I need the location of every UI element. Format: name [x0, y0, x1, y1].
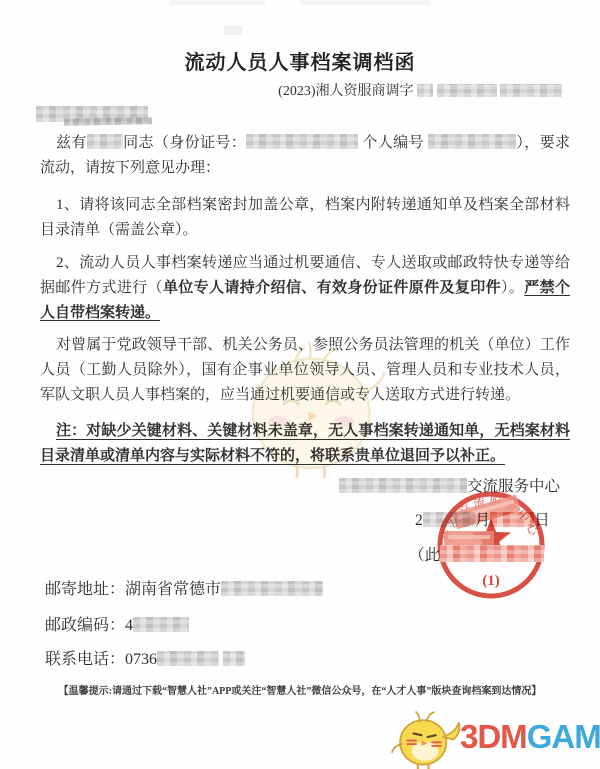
cadre-paragraph: 对曾属于党政领导干部、机关公务员、参照公务员法管理的机关（单位）工作人员（工勤人… — [40, 333, 570, 408]
intro-comrade: 同志（身份证号： — [123, 135, 246, 151]
document-page: 流动人员人事档案调档函 (2023)湘人资服商调字 兹有同志（身份证号： 个人编… — [0, 0, 600, 769]
logo-3dm-text: 3DM — [460, 718, 527, 755]
zip-code-value: 4 — [125, 617, 133, 634]
redaction-address — [221, 581, 323, 596]
redaction-doc-number — [417, 84, 433, 97]
3dmgame-logo-text: 3DMGAME — [460, 718, 600, 756]
redaction-zip — [133, 617, 189, 632]
item2-mid: ）。 — [501, 280, 524, 296]
redaction-name — [87, 134, 123, 149]
note-paragraph: 注：对缺少关键材料、关键材料未盖章，无人事档案转递通知单，无档案材料目录清单或清… — [40, 419, 570, 469]
intro-personal-no-label: 个人编号 — [362, 135, 424, 151]
date-year-digit: 2 — [415, 512, 423, 529]
logo-game-text: GAME — [527, 718, 600, 755]
redaction-phone — [157, 651, 219, 666]
document-number-prefix: (2023)湘人资服商调字 — [278, 84, 413, 99]
3dm-chick-mascot-icon — [388, 705, 462, 769]
stamp-number: (1) — [482, 573, 500, 589]
item2-paragraph: 2、流动人员人事档案转递应当通过机要通信、专人送取或邮政特快专递等给据邮件方式进… — [40, 251, 570, 326]
zip-code-label: 邮政编码： — [45, 617, 125, 634]
document-number-line: (2023)湘人资服商调字 — [278, 80, 562, 100]
document-title: 流动人员人事档案调档函 — [0, 46, 600, 75]
intro-pre: 兹有 — [56, 135, 87, 151]
redaction-phone-ext — [223, 651, 245, 666]
mail-address-value: 湖南省常德市 — [125, 581, 221, 598]
footer-tip: 【温馨提示:请通过下载“智慧人社”APP或关注“智慧人社”微信公众号，在“人才人… — [0, 682, 600, 697]
redaction-doc-number — [500, 84, 562, 97]
redaction-personal-number — [428, 134, 516, 149]
phone-label: 联系电话： — [45, 651, 125, 668]
redaction-doc-number — [437, 84, 497, 97]
3dmgame-logo: 3DMGAME — [388, 703, 600, 769]
scan-smudge — [170, 0, 265, 5]
scan-smudge — [224, 26, 242, 35]
item2-bold-clause: 单位专人请持介绍信、有效身份证件原件及复印件 — [163, 280, 501, 296]
zip-code-line: 邮政编码：4 — [45, 612, 189, 635]
redaction-recipient-strikethrough — [64, 117, 152, 126]
item1-paragraph: 1、请将该同志全部档案密封加盖公章，档案内附转递通知单及档案全部材料目录清单（需… — [40, 193, 570, 243]
mail-address-line: 邮寄地址：湖南省常德市 — [45, 576, 323, 599]
intro-paragraph: 兹有同志（身份证号： 个人编号 ），要求流动，请按下列意见办理： — [40, 131, 570, 181]
phone-line: 联系电话：0736 — [45, 646, 245, 669]
redaction-id-number — [246, 134, 358, 149]
scan-smudge — [300, 0, 430, 5]
mail-address-label: 邮寄地址： — [45, 581, 125, 598]
redaction-signature-note — [440, 545, 544, 562]
phone-value: 0736 — [125, 651, 157, 668]
redaction-stamp-mid-hl — [448, 535, 490, 539]
